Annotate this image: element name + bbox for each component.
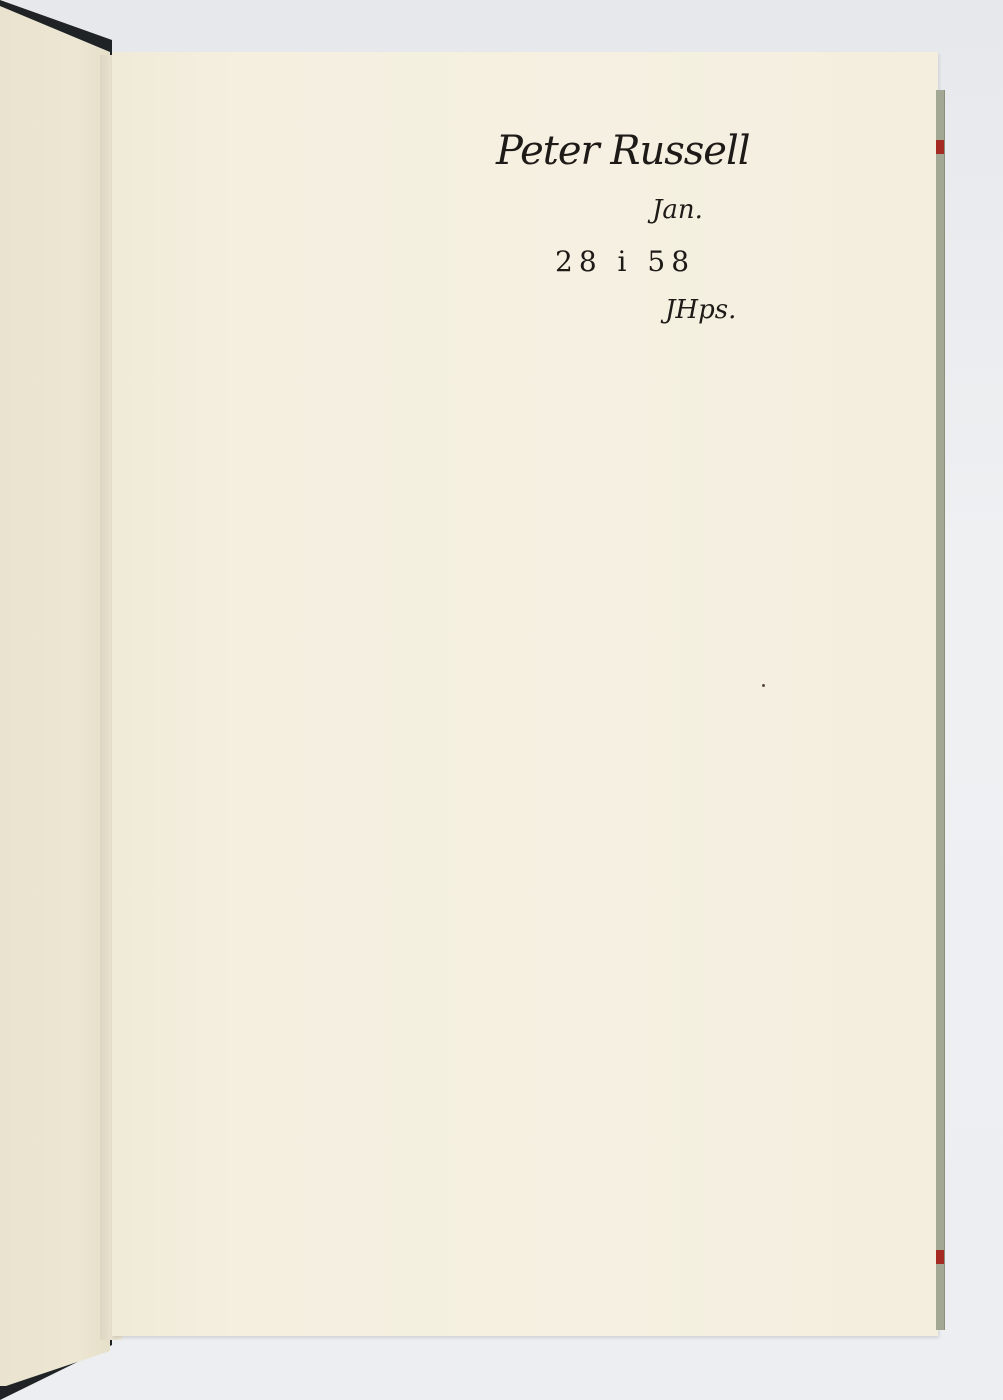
handwritten-month: Jan.: [652, 195, 703, 225]
handwritten-place: JHps.: [665, 295, 736, 325]
spine-red-band-bottom: [936, 1250, 944, 1264]
foxing-spot: [762, 684, 765, 687]
left-pastedown-page: [0, 6, 110, 1386]
handwritten-date: 28 i 58: [555, 245, 695, 278]
rear-board-edge: [936, 90, 945, 1330]
right-flyleaf-page: [112, 52, 938, 1336]
handwritten-signature: Peter Russell: [496, 128, 750, 174]
spine-red-band-top: [936, 140, 944, 154]
